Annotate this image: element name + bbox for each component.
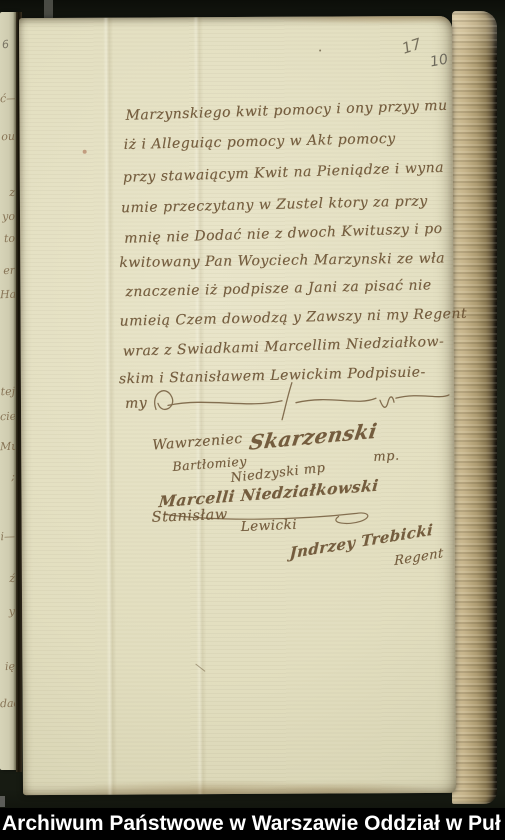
manuscript-line: kwitowany Pan Woyciech Marzynski ze wła bbox=[119, 250, 445, 271]
facing-text-fragment: ię bbox=[0, 660, 15, 674]
manuscript-line: przy stawaiącym Kwit na Pieniądze i wyna bbox=[123, 160, 445, 186]
paper-speck bbox=[319, 50, 321, 52]
signature-lewicki: Lewicki bbox=[240, 517, 297, 535]
manuscript-line: mnię nie Dodać nie z dwoch Kwituszy i po bbox=[124, 221, 443, 247]
facing-text-fragment: er bbox=[0, 264, 15, 278]
witness-name: Wawrzeniec bbox=[152, 431, 243, 454]
facing-text-fragment: dada bbox=[0, 697, 15, 711]
facing-text-fragment: ou bbox=[0, 130, 15, 144]
archival-scan-photo: 6 ć— ou z yo to er Ha tej cie Mu ; i— ź … bbox=[0, 0, 505, 840]
book-fore-edge bbox=[452, 11, 497, 804]
manuscript-line: Marzynskiego kwit pomocy i ony przyy mu bbox=[125, 98, 447, 124]
archive-caption-bar: Archiwum Państwowe w Warszawie Oddział w… bbox=[0, 808, 505, 840]
archive-caption-text: Archiwum Państwowe w Warszawie Oddział w… bbox=[0, 808, 505, 840]
cradle-fixture-bottom bbox=[0, 796, 5, 807]
facing-text-fragment: z bbox=[0, 186, 15, 200]
facing-text-fragment: to bbox=[0, 232, 15, 246]
ink-scratch bbox=[195, 664, 205, 672]
manuscript-line: umieią Czem dowodzą y Zawszy ni my Regen… bbox=[119, 306, 467, 330]
signature-suffix-mp: mp. bbox=[373, 448, 400, 464]
manuscript-line: skim i Stanisławem Lewickim Podpisuie- bbox=[119, 364, 426, 387]
facing-text-fragment: tej bbox=[0, 385, 15, 399]
facing-text-fragment: ć— bbox=[0, 92, 15, 106]
facing-text-fragment: yo bbox=[0, 210, 15, 224]
facing-text-fragment: cie bbox=[0, 410, 15, 424]
manuscript-line: iż i Alleguiąc pomocy w Akt pomocy bbox=[123, 131, 395, 153]
manuscript-line: wraz z Swiadkami Marcellim Niedziałkow- bbox=[123, 334, 445, 360]
paper-stain-spot bbox=[83, 150, 87, 154]
signature-skarzenski: Skarzenski bbox=[248, 418, 379, 454]
facing-page-number: 6 bbox=[1, 38, 9, 52]
manuscript-page: 17 10 Marzynskiego kwit pomocy i ony prz… bbox=[19, 16, 456, 795]
folio-number-pencil: 17 bbox=[400, 35, 424, 58]
facing-text-fragment: Ha bbox=[0, 288, 15, 302]
fore-edge-striations bbox=[452, 11, 497, 804]
secondary-number-pencil: 10 bbox=[429, 51, 449, 70]
manuscript-line: umie przeczytany w Zustel ktory za przy bbox=[121, 193, 428, 216]
signature-title-regent: Regent bbox=[394, 546, 444, 569]
witness-name: Stanisław bbox=[151, 507, 228, 526]
facing-text-fragment: Mu bbox=[0, 440, 15, 454]
manuscript-line: my bbox=[125, 395, 148, 412]
facing-text-fragment: i— bbox=[0, 530, 15, 544]
facing-text-fragment: ; bbox=[0, 470, 15, 484]
facing-text-fragment: ź bbox=[0, 572, 15, 586]
manuscript-line: znaczenie iż podpisze a Jani za pisać ni… bbox=[125, 277, 432, 300]
facing-text-fragment: y bbox=[0, 605, 15, 619]
